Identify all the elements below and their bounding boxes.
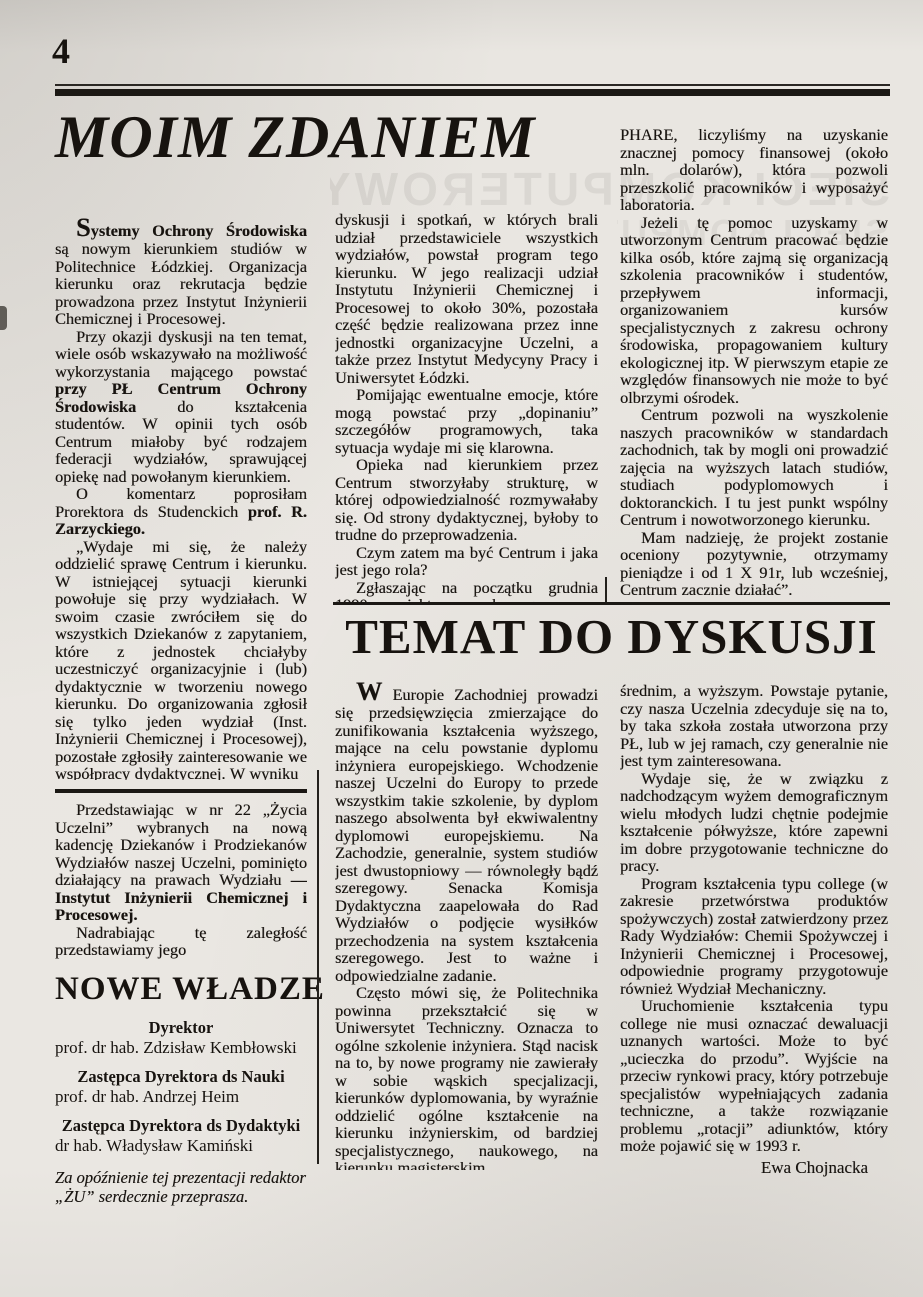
nowe-wladze-title: NOWE WŁADZE: [55, 971, 307, 1008]
paragraph: Centrum pozwoli na wyszkolenie naszych p…: [620, 406, 888, 529]
article-title-temat-do-dyskusji: TEMAT DO DYSKUSJI: [333, 608, 890, 665]
temat-column-2: średnim, a wyższym. Powstaje pytanie, cz…: [620, 682, 888, 1156]
moim-zdaniem-column-1: Systemy Ochrony Środowiska są nowym kier…: [55, 214, 307, 780]
paragraph: O komentarz poprosiłam Prorektora ds Stu…: [55, 485, 307, 538]
paragraph: Systemy Ochrony Środowiska są nowym kier…: [55, 214, 307, 328]
paragraph: Często mówi się, że Politechnika powinna…: [335, 984, 598, 1170]
moim-zdaniem-column-2: dyskusji i spotkań, w których brali udzi…: [335, 211, 598, 603]
paragraph: Wydaje się, że w związku z nadchodzącym …: [620, 770, 888, 875]
scan-speck: [0, 306, 7, 330]
paragraph: Opieka nad kierunkiem przez Centrum stwo…: [335, 456, 598, 544]
temat-column-1: W Europie Zachodniej prowadzi się przeds…: [335, 678, 598, 1170]
directorate-name: prof. dr hab. Zdzisław Kembłowski: [55, 1038, 307, 1058]
paragraph: Mam nadzieję, że projekt zostanie ocenio…: [620, 529, 888, 599]
paragraph: Pomijając ewentualne emocje, które mogą …: [335, 386, 598, 456]
paragraph: średnim, a wyższym. Powstaje pytanie, cz…: [620, 682, 888, 770]
temat-top-rule: [333, 602, 890, 605]
paragraph: Przy okazji dyskusji na ten temat, wiele…: [55, 328, 307, 486]
moim-zdaniem-column-3: PHARE, liczyliśmy na uzyskanie znacznej …: [620, 126, 888, 604]
newspaper-page: 4 SIECI KOMPUTEROWYCH SIECI KOMPUTEROWYC…: [0, 0, 923, 1297]
nowe-wladze-section: NOWE WŁADZE Dyrektorprof. dr hab. Zdzisł…: [55, 971, 307, 1206]
paragraph: W Europie Zachodniej prowadzi się przeds…: [335, 678, 598, 984]
header-rule-thin: [55, 84, 890, 86]
gutter-divider-tick: [605, 577, 607, 603]
paragraph: PHARE, liczyliśmy na uzyskanie znacznej …: [620, 126, 888, 214]
paragraph: Przedstawiając w nr 22 „Życia Uczelni” w…: [55, 801, 307, 924]
insert-note: Przedstawiając w nr 22 „Życia Uczelni” w…: [55, 801, 307, 963]
paragraph: Czym zatem ma być Centrum i jaka jest je…: [335, 544, 598, 579]
paragraph: Uruchomienie kształcenia typu college ni…: [620, 997, 888, 1155]
page-number: 4: [52, 30, 70, 72]
directorate-role: Zastępca Dyrektora ds Nauki: [55, 1067, 307, 1087]
paragraph: Jeżeli tę pomoc uzyskamy w utworzonym Ce…: [620, 214, 888, 407]
directorate-role: Zastępca Dyrektora ds Dydaktyki: [55, 1116, 307, 1136]
directorate-list: Dyrektorprof. dr hab. Zdzisław Kembłowsk…: [55, 1018, 307, 1156]
author-signature: Ewa Chojnacka: [620, 1158, 868, 1178]
article-title-moim-zdaniem: MOIM ZDANIEM: [55, 103, 535, 172]
paragraph: Nadrabiając tę zaległość przedstawiamy j…: [55, 924, 307, 959]
paragraph: Zgłaszając na początku grudnia 1990 r. p…: [335, 579, 598, 604]
paragraph: dyskusji i spotkań, w których brali udzi…: [335, 211, 598, 386]
paragraph: „Wydaje mi się, że należy oddzielić spra…: [55, 538, 307, 780]
directorate-name: dr hab. Władysław Kamiński: [55, 1136, 307, 1156]
paragraph: Program kształcenia typu college (w zakr…: [620, 875, 888, 998]
column-divider-rule: [317, 770, 319, 1164]
apology-note: Za opóźnienie tej prezentacji redaktor „…: [55, 1168, 307, 1206]
insert-box-top-rule: [55, 789, 307, 793]
header-rule-thick: [55, 89, 890, 96]
directorate-role: Dyrektor: [55, 1018, 307, 1038]
directorate-name: prof. dr hab. Andrzej Heim: [55, 1087, 307, 1107]
